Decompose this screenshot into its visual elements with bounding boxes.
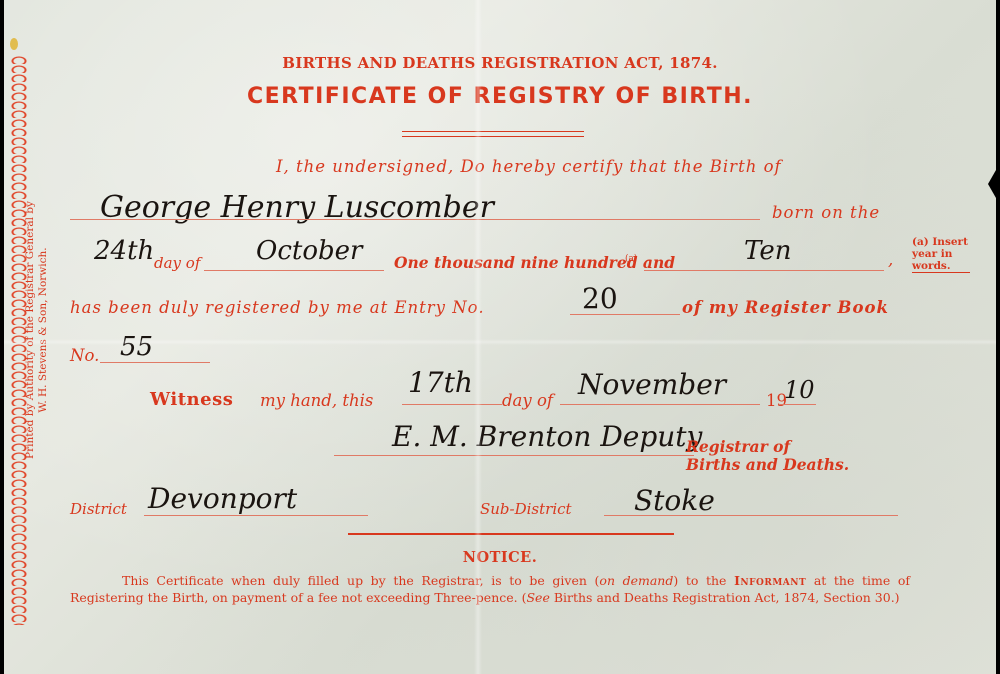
registrar-signature: E. M. Brenton Deputy <box>392 420 702 453</box>
district-value: Devonport <box>148 482 297 515</box>
book-number-line <box>100 362 210 363</box>
child-name-line <box>70 219 760 220</box>
printer-credit-line-1: Printed by Authority of the Registrar Ge… <box>24 170 37 490</box>
notice-body: This Certificate when duly filled up by … <box>70 572 910 606</box>
entry-number: 20 <box>582 282 618 315</box>
sub-district-label: Sub-District <box>480 500 572 518</box>
notice-informant: Informant <box>734 573 806 588</box>
witness-day: 17th <box>408 366 473 399</box>
district-line <box>144 515 368 516</box>
birth-month: October <box>256 236 362 266</box>
intro-text: I, the undersigned, Do hereby certify th… <box>276 157 782 176</box>
notice-on-demand: on demand <box>599 573 673 588</box>
note-line-3: words. <box>912 260 970 273</box>
my-hand-label: my hand, this <box>260 391 373 410</box>
insert-year-note: (a) Insert year in words. <box>912 236 974 273</box>
birth-month-line <box>204 270 384 271</box>
paper-stain <box>10 38 18 50</box>
notice-title: NOTICE. <box>4 549 996 566</box>
note-line-2: year in <box>912 248 974 260</box>
witness-day-line <box>402 404 502 405</box>
witness-month: November <box>578 368 726 401</box>
signature-line <box>334 455 694 456</box>
notice-text-2: ) to the <box>673 573 734 588</box>
printer-credit-line-2: W. H. Stevens & Son, Norwich. <box>37 170 50 490</box>
printer-credit: Printed by Authority of the Registrar Ge… <box>24 170 50 490</box>
certificate-paper: Printed by Authority of the Registrar Ge… <box>4 0 996 674</box>
witness-month-line <box>560 404 760 405</box>
footnote-marker: (a) <box>625 254 637 264</box>
note-line-1: (a) Insert <box>912 236 974 248</box>
notice-text-1: This Certificate when duly filled up by … <box>122 573 599 588</box>
book-no-label: No. <box>70 346 99 365</box>
act-title: BIRTHS AND DEATHS REGISTRATION ACT, 1874… <box>4 54 996 72</box>
witness-year-suffix: 10 <box>784 376 815 404</box>
witness-day-of-label: day of <box>502 391 553 410</box>
registrar-title-line-1: Registrar of <box>686 438 849 456</box>
book-number: 55 <box>120 332 153 362</box>
entry-number-line <box>570 314 680 315</box>
comma: , <box>888 250 893 269</box>
day-of-label: day of <box>154 254 200 272</box>
paper-tear <box>988 170 996 198</box>
register-book-label: of my Register Book <box>682 298 889 317</box>
witness-year-line <box>780 404 816 405</box>
notice-text-4: Births and Deaths Registration Act, 1874… <box>550 590 900 605</box>
born-on-the-label: born on the <box>772 203 880 222</box>
registrar-title-line-2: Births and Deaths. <box>686 456 849 474</box>
title-double-rule <box>402 131 584 137</box>
notice-see: See <box>526 590 549 605</box>
certificate-title: CERTIFICATE OF REGISTRY OF BIRTH. <box>4 84 996 109</box>
notice-separator-rule <box>348 533 674 535</box>
sub-district-value: Stoke <box>634 484 715 517</box>
birth-year-words: Ten <box>744 236 791 266</box>
witness-label: Witness <box>150 389 233 410</box>
birth-day: 24th <box>94 236 154 266</box>
sub-district-line <box>604 515 898 516</box>
birth-year-line <box>644 270 884 271</box>
registered-text: has been duly registered by me at Entry … <box>70 298 485 317</box>
district-label: District <box>70 500 127 518</box>
registrar-title: Registrar of Births and Deaths. <box>686 438 849 474</box>
